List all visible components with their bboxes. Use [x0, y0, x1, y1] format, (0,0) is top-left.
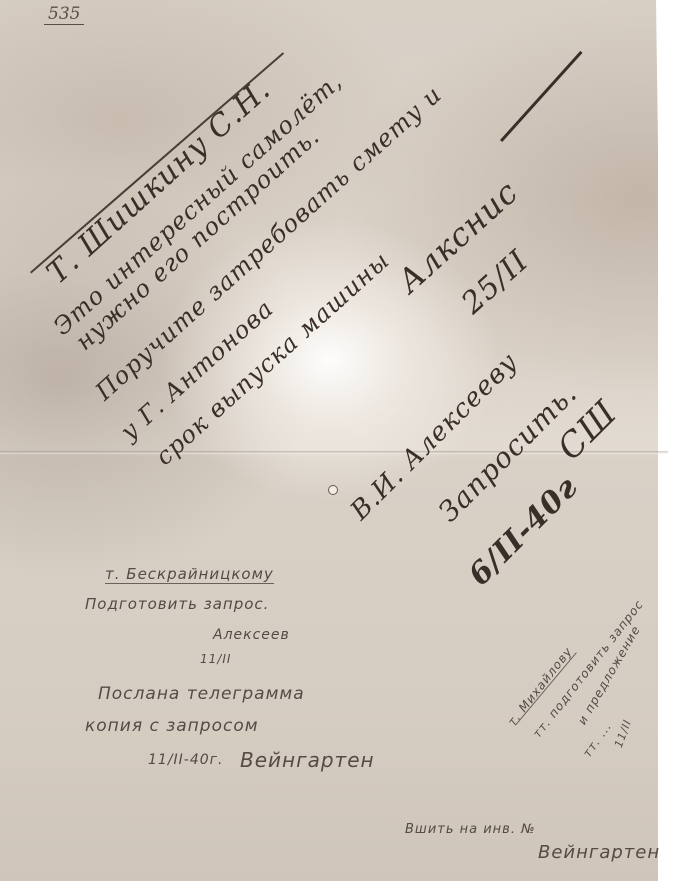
bottom-note-text: Вшить на инв. № — [405, 822, 536, 837]
archive-number: 535 — [44, 4, 84, 25]
lower-left-line-1: Подготовить запрос. — [85, 595, 269, 613]
lower-left-line-2: Алексеев — [213, 627, 290, 643]
lower-left-line-3: 11/II — [200, 652, 231, 666]
lower-left-line-5: копия с запросом — [85, 716, 259, 736]
lower-left-addressee: т. Бескрайницкому — [105, 565, 274, 584]
lower-left-line-4: Послана телеграмма — [98, 684, 305, 704]
bottom-note-signature: Вейнгартен — [538, 842, 660, 863]
lower-left-line-6: 11/II-40г. — [148, 752, 223, 768]
lower-left-signature: Вейнгартен — [240, 748, 375, 772]
pin-hole — [328, 485, 338, 495]
